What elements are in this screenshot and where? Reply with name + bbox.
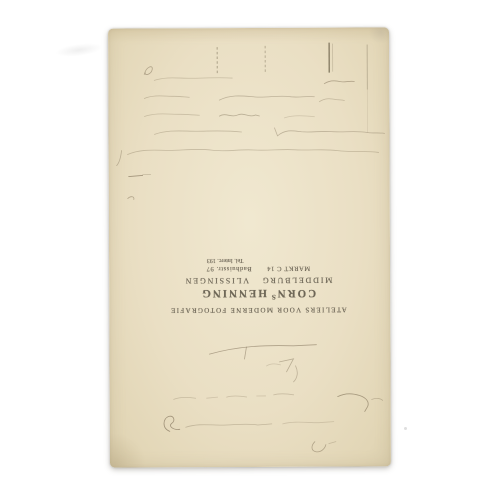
pencil-stroke bbox=[274, 394, 294, 395]
city-right: VLISSINGEN bbox=[184, 275, 249, 285]
pencil-stroke bbox=[186, 424, 272, 427]
pencil-stroke bbox=[144, 67, 152, 75]
name-superscript: S bbox=[272, 293, 276, 301]
addresses-line: MARKT C 14 Badhuisstr. 97 bbox=[168, 264, 348, 273]
city-left: MIDDELBURG bbox=[261, 275, 332, 285]
pencil-stroke bbox=[174, 397, 196, 399]
studio-imprint: ATELIERS VOOR MODERNE FOTOGRAFIE CORNSHE… bbox=[168, 260, 348, 315]
pencil-stroke bbox=[144, 114, 199, 117]
pencil-mark bbox=[128, 197, 134, 200]
address-right: Badhuisstr. 97 bbox=[206, 264, 252, 272]
printed-divider-lines bbox=[217, 42, 367, 133]
pencil-stroke bbox=[219, 114, 259, 116]
studio-line: ATELIERS VOOR MODERNE FOTOGRAFIE bbox=[168, 305, 348, 315]
pencil-stroke bbox=[267, 364, 281, 366]
pencil-handwriting-bottom bbox=[164, 393, 383, 452]
pencil-stroke bbox=[319, 99, 344, 102]
photo-card-back: ATELIERS VOOR MODERNE FOTOGRAFIE CORNSHE… bbox=[108, 27, 391, 467]
pencil-handwriting-svg bbox=[108, 27, 391, 467]
pencil-stroke bbox=[372, 398, 383, 400]
background-speck bbox=[404, 427, 407, 430]
pencil-stroke bbox=[117, 151, 122, 166]
pencil-stroke bbox=[279, 359, 293, 372]
address-left: MARKT C 14 bbox=[267, 264, 310, 272]
surname-text: HENNING bbox=[200, 287, 267, 299]
pencil-stroke bbox=[154, 78, 232, 81]
pencil-mark bbox=[129, 175, 143, 176]
pencil-stroke bbox=[284, 116, 314, 118]
name-text: CORN bbox=[276, 287, 316, 299]
pencil-stroke bbox=[128, 149, 379, 155]
pencil-stroke bbox=[329, 442, 336, 444]
pencil-stroke bbox=[294, 366, 298, 382]
pencil-stroke bbox=[283, 422, 334, 424]
pencil-handwriting-top bbox=[116, 66, 385, 200]
pencil-stroke bbox=[274, 127, 384, 135]
scanned-image-stage: ATELIERS VOOR MODERNE FOTOGRAFIE CORNSHE… bbox=[0, 0, 500, 500]
pencil-stroke bbox=[144, 96, 189, 99]
phone-line: Tel. Interc. 193 bbox=[135, 256, 315, 264]
pencil-stroke bbox=[209, 345, 316, 354]
pencil-stroke bbox=[227, 396, 247, 397]
background-smudge bbox=[54, 41, 103, 59]
pencil-stroke bbox=[244, 347, 246, 359]
cities-line: MIDDELBURG VLISSINGEN bbox=[168, 275, 348, 286]
pencil-stroke bbox=[164, 416, 180, 431]
pencil-stroke bbox=[312, 442, 326, 452]
pencil-handwriting-middle bbox=[209, 345, 316, 382]
pencil-stroke bbox=[207, 397, 218, 398]
photographer-name: CORNSHENNING bbox=[168, 286, 348, 303]
pencil-stroke bbox=[154, 131, 241, 135]
pencil-stroke bbox=[219, 96, 314, 101]
pencil-stroke bbox=[338, 394, 369, 412]
pencil-stroke bbox=[324, 81, 354, 84]
